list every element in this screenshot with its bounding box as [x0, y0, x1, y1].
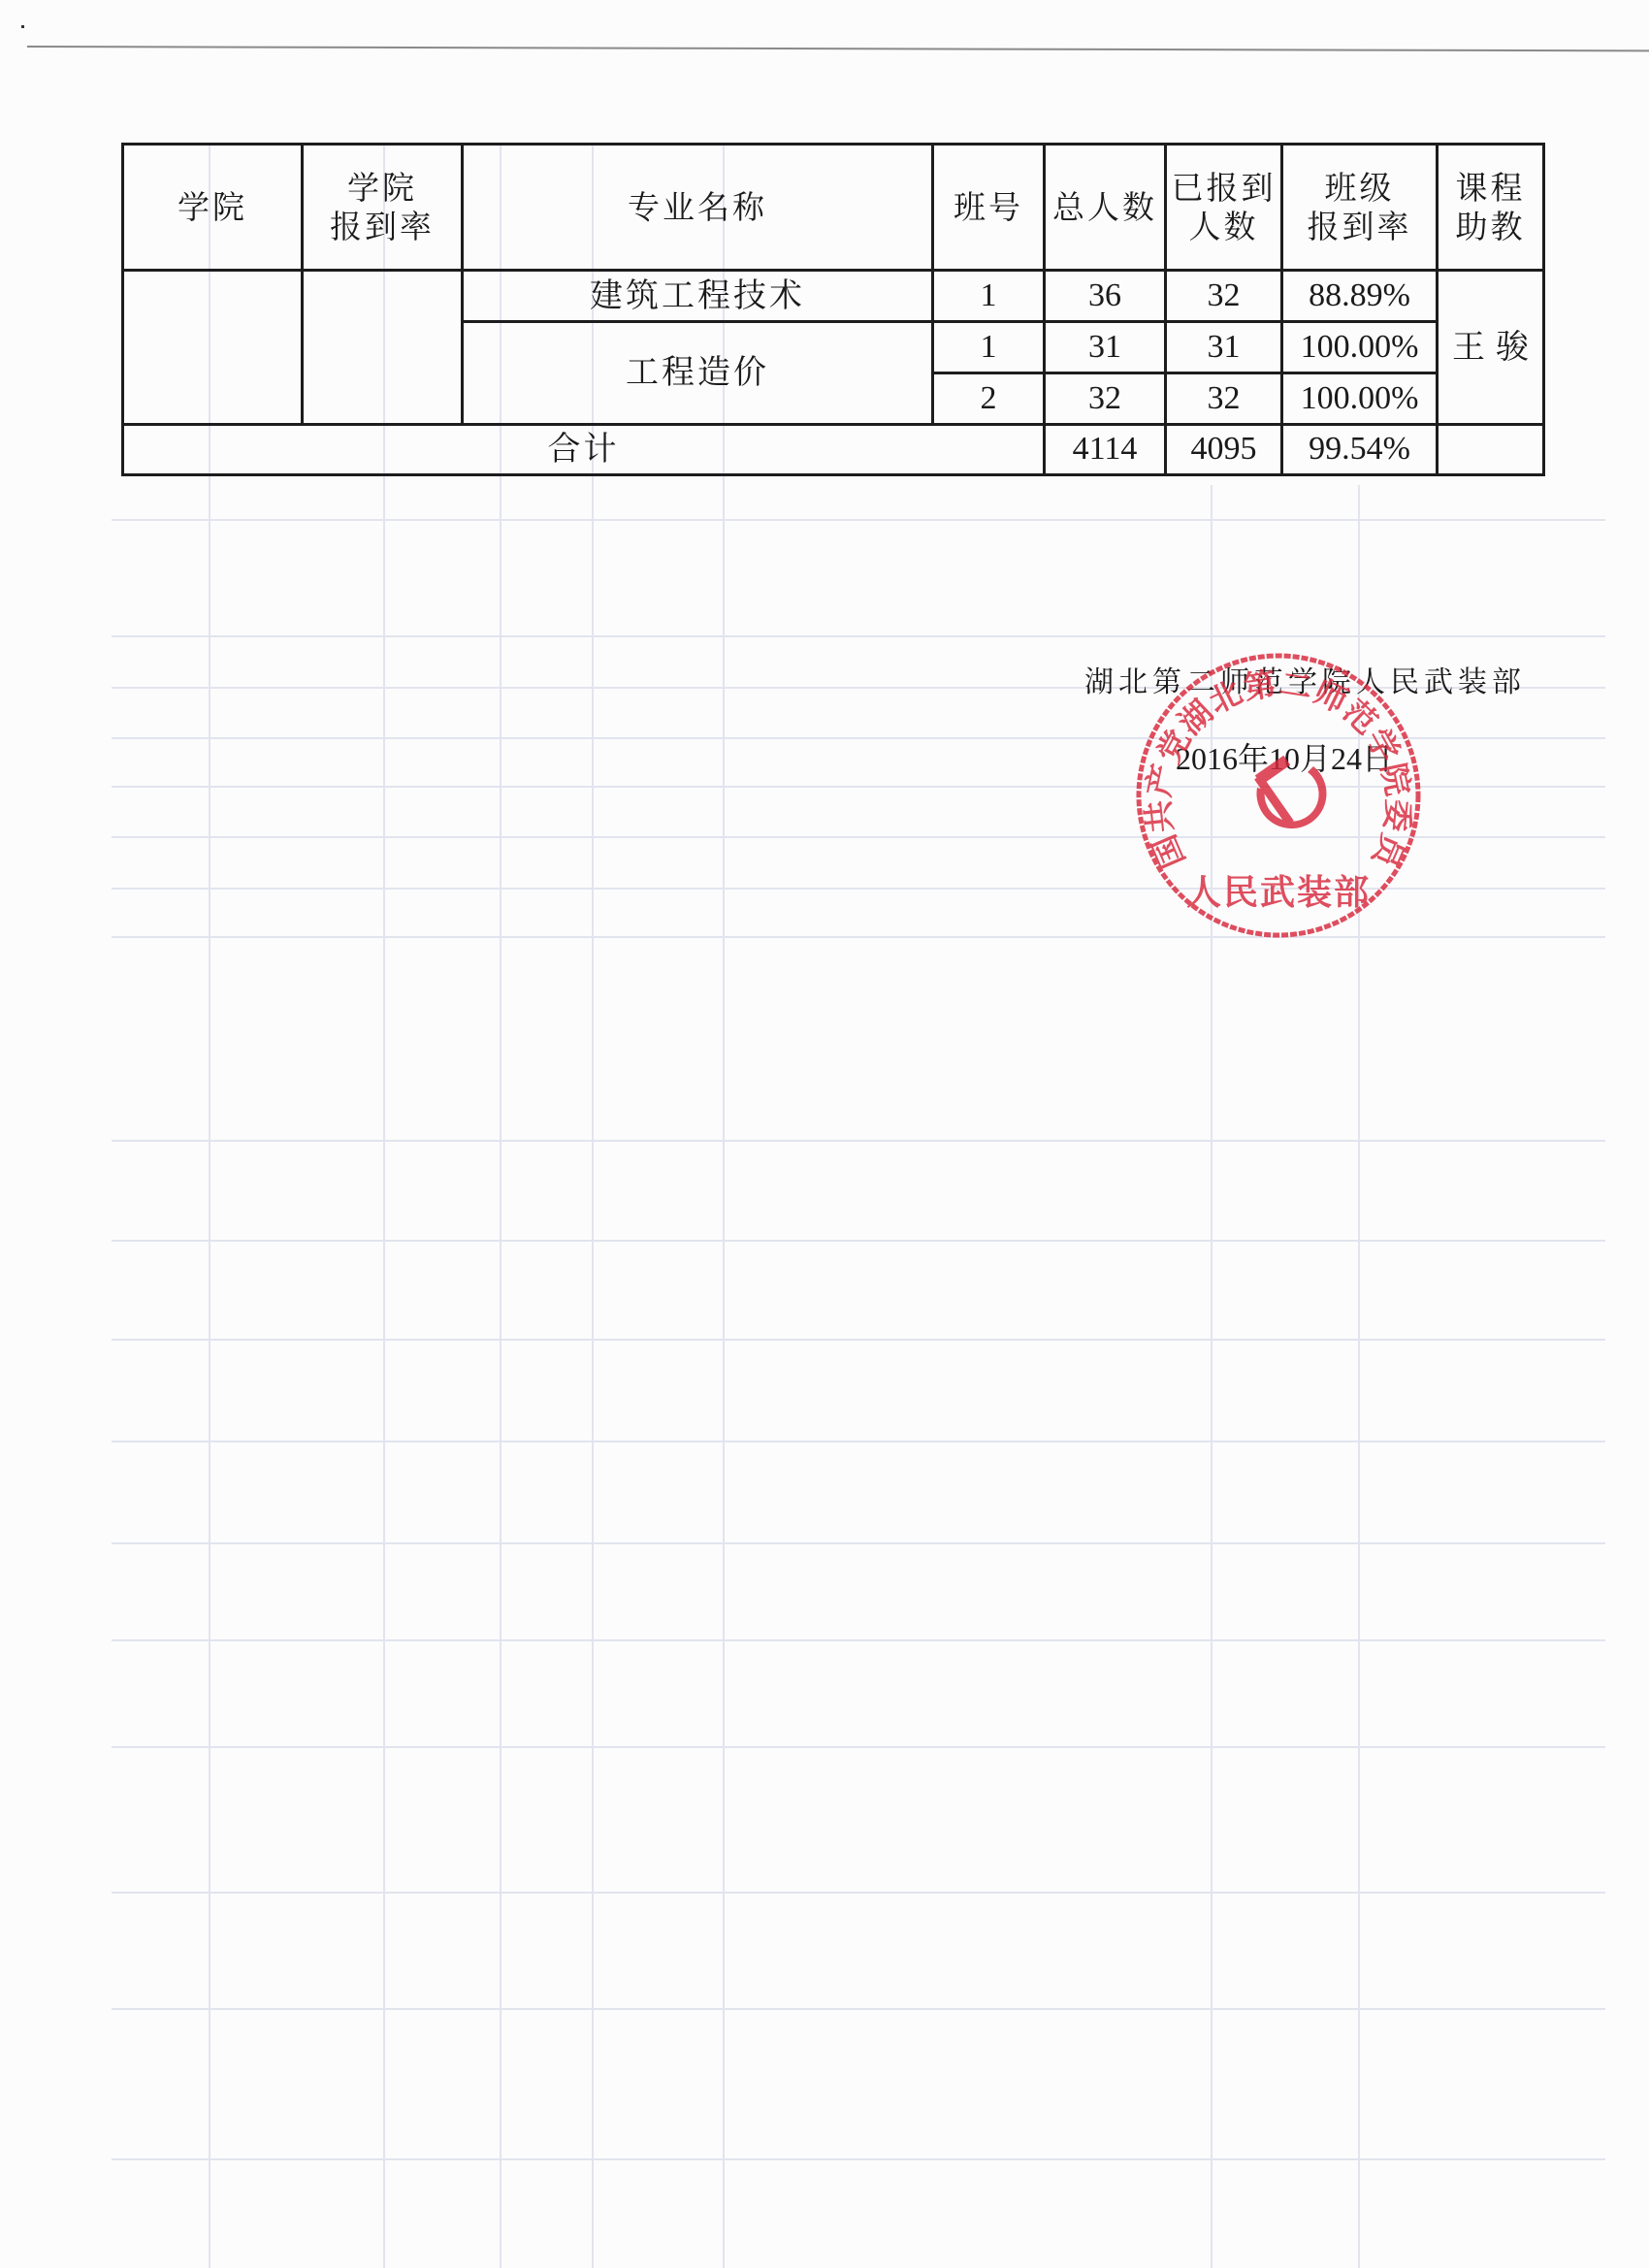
header-college: 学院	[123, 145, 303, 271]
reported-cell: 31	[1166, 322, 1282, 373]
assistant-cell: 王 骏	[1438, 271, 1544, 425]
header-major: 专业名称	[463, 145, 933, 271]
registration-table: 学院 学院报到率 专业名称 班号 总人数 已报到人数 班级报到率 课程助教 建筑…	[121, 143, 1545, 476]
header-row: 学院 学院报到率 专业名称 班号 总人数 已报到人数 班级报到率 课程助教	[123, 145, 1544, 271]
header-college-rate: 学院报到率	[303, 145, 463, 271]
major-cell: 工程造价	[463, 322, 933, 425]
total-cell: 36	[1045, 271, 1166, 322]
class-no-cell: 2	[933, 373, 1045, 425]
header-assistant: 课程助教	[1438, 145, 1544, 271]
total-cell: 31	[1045, 322, 1166, 373]
seal-center-text: 人民武装部	[1186, 873, 1371, 913]
class-rate-cell: 88.89%	[1282, 271, 1438, 322]
class-no-cell: 1	[933, 271, 1045, 322]
reported-cell: 32	[1166, 271, 1282, 322]
major-cell: 建筑工程技术	[463, 271, 933, 322]
reported-cell: 32	[1166, 373, 1282, 425]
total-label: 合计	[123, 425, 1045, 475]
class-rate-cell: 100.00%	[1282, 373, 1438, 425]
total-row: 合计 4114 4095 99.54%	[123, 425, 1544, 475]
college-rate-cell	[303, 271, 463, 425]
total-cell: 32	[1045, 373, 1166, 425]
official-seal: 中国共产党湖北第二师范学院委员会 人民武装部	[1133, 650, 1424, 941]
reported-sum: 4095	[1166, 425, 1282, 475]
header-class-rate: 班级报到率	[1282, 145, 1438, 271]
header-reported: 已报到人数	[1166, 145, 1282, 271]
scan-speck	[21, 25, 24, 28]
assistant-surname: 王	[1452, 328, 1485, 368]
total-sum: 4114	[1045, 425, 1166, 475]
scan-edge-line	[27, 46, 1649, 51]
college-cell	[123, 271, 303, 425]
header-total: 总人数	[1045, 145, 1166, 271]
hammer-sickle-icon	[1254, 756, 1326, 828]
overall-rate: 99.54%	[1282, 425, 1438, 475]
total-assistant-cell	[1438, 425, 1544, 475]
table-row: 建筑工程技术 1 36 32 88.89% 王 骏	[123, 271, 1544, 322]
header-class-no: 班号	[933, 145, 1045, 271]
assistant-given-name: 骏	[1496, 328, 1529, 368]
class-no-cell: 1	[933, 322, 1045, 373]
class-rate-cell: 100.00%	[1282, 322, 1438, 373]
